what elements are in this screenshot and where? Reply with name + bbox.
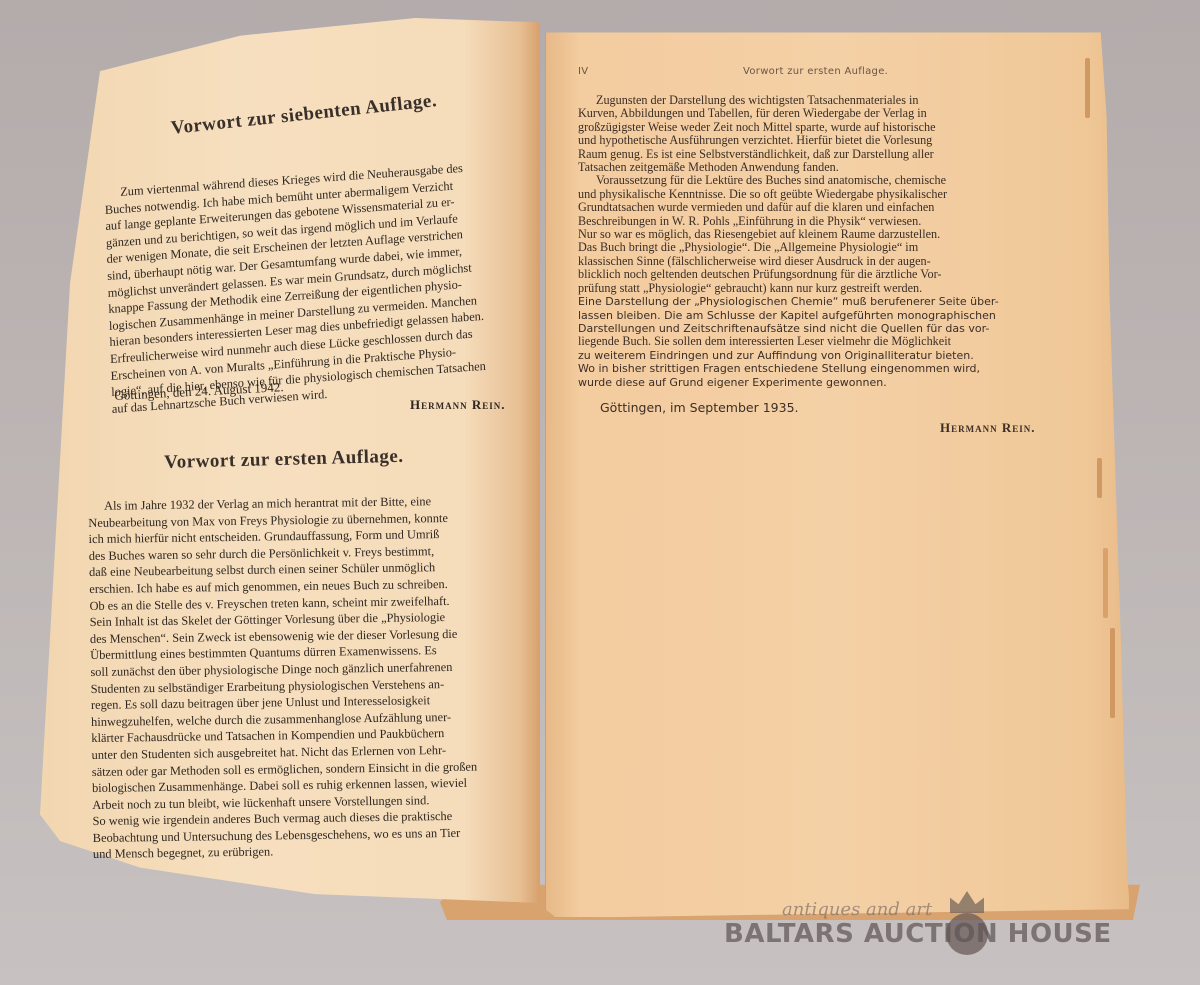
text-line: und physikalische Kenntnisse. Die so oft…: [578, 188, 1078, 201]
paper-tear: [1097, 458, 1102, 498]
text-line: blicklich noch geltenden deutschen Prüfu…: [578, 268, 1078, 281]
page-number: IV: [578, 66, 588, 77]
text-line: Darstellungen und Zeitschriftenaufsätze …: [578, 322, 1078, 335]
signature-1942: Hermann Rein.: [410, 397, 506, 413]
preface-first-body: Als im Jahre 1932 der Verlag an mich her…: [88, 492, 533, 863]
text-line: Kurven, Abbildungen und Tabellen, für de…: [578, 107, 1078, 120]
signature: Hermann Rein.: [578, 420, 1078, 436]
watermark: antiques and art BALTARS AUCTION HOUSE: [724, 895, 1124, 965]
watermark-name: BALTARS AUCTION HOUSE: [724, 919, 1112, 949]
preface-seventh-body: Zum viertenmal während dieses Krieges wi…: [104, 155, 541, 417]
text-line: Zugunsten der Darstellung des wichtigste…: [578, 94, 1078, 107]
text-line: Voraussetzung für die Lektüre des Buches…: [578, 174, 1078, 187]
running-header: IV Vorwort zur ersten Auflage.: [578, 66, 1078, 80]
running-head: Vorwort zur ersten Auflage.: [743, 66, 888, 77]
watermark-tagline: antiques and art: [782, 899, 932, 920]
text-line: Eine Darstellung der „Physiologischen Ch…: [578, 295, 1078, 308]
paper-tear: [1103, 548, 1108, 618]
text-line: Grundtatsachen wurde vermieden und dafür…: [578, 201, 1078, 214]
text-line: liegende Buch. Sie sollen dem interessie…: [578, 335, 1078, 348]
text-line: zu weiterem Eindringen und zur Auffindun…: [578, 349, 1078, 362]
text-line: Wo in bisher strittigen Fragen entschied…: [578, 362, 1078, 375]
text-line: großzügigster Weise weder Zeit noch Mitt…: [578, 121, 1078, 134]
text-line: Raum genug. Es ist eine Selbstverständli…: [578, 148, 1078, 161]
book-photo: IV Vorwort zur ersten Auflage. Zugunsten…: [0, 0, 1200, 985]
crown-icon: [950, 891, 984, 913]
text-line: und hypothetische Ausführungen verzichte…: [578, 134, 1078, 147]
text-line: wurde diese auf Grund eigener Experiment…: [578, 376, 1078, 389]
right-body: Zugunsten der Darstellung des wichtigste…: [578, 94, 1078, 389]
place-date: Göttingen, im September 1935.: [578, 401, 1078, 414]
text-line: Tatsachen zeitgemäße Methoden Anwendung …: [578, 161, 1078, 174]
right-page-text: IV Vorwort zur ersten Auflage. Zugunsten…: [578, 66, 1078, 436]
text-line: Das Buch bringt die „Physiologie“. Die „…: [578, 241, 1078, 254]
paper-tear: [1110, 628, 1115, 718]
text-line: lassen bleiben. Die am Schlusse der Kapi…: [578, 309, 1078, 322]
text-line: Nur so war es möglich, das Riesengebiet …: [578, 228, 1078, 241]
paper-tear: [1085, 58, 1090, 118]
text-line: Beschreibungen in W. R. Pohls „Einführun…: [578, 215, 1078, 228]
text-line: prüfung statt „Physiologie“ gebraucht) k…: [578, 282, 1078, 295]
text-line: klassischen Sinne (fälschlicherweise wir…: [578, 255, 1078, 268]
